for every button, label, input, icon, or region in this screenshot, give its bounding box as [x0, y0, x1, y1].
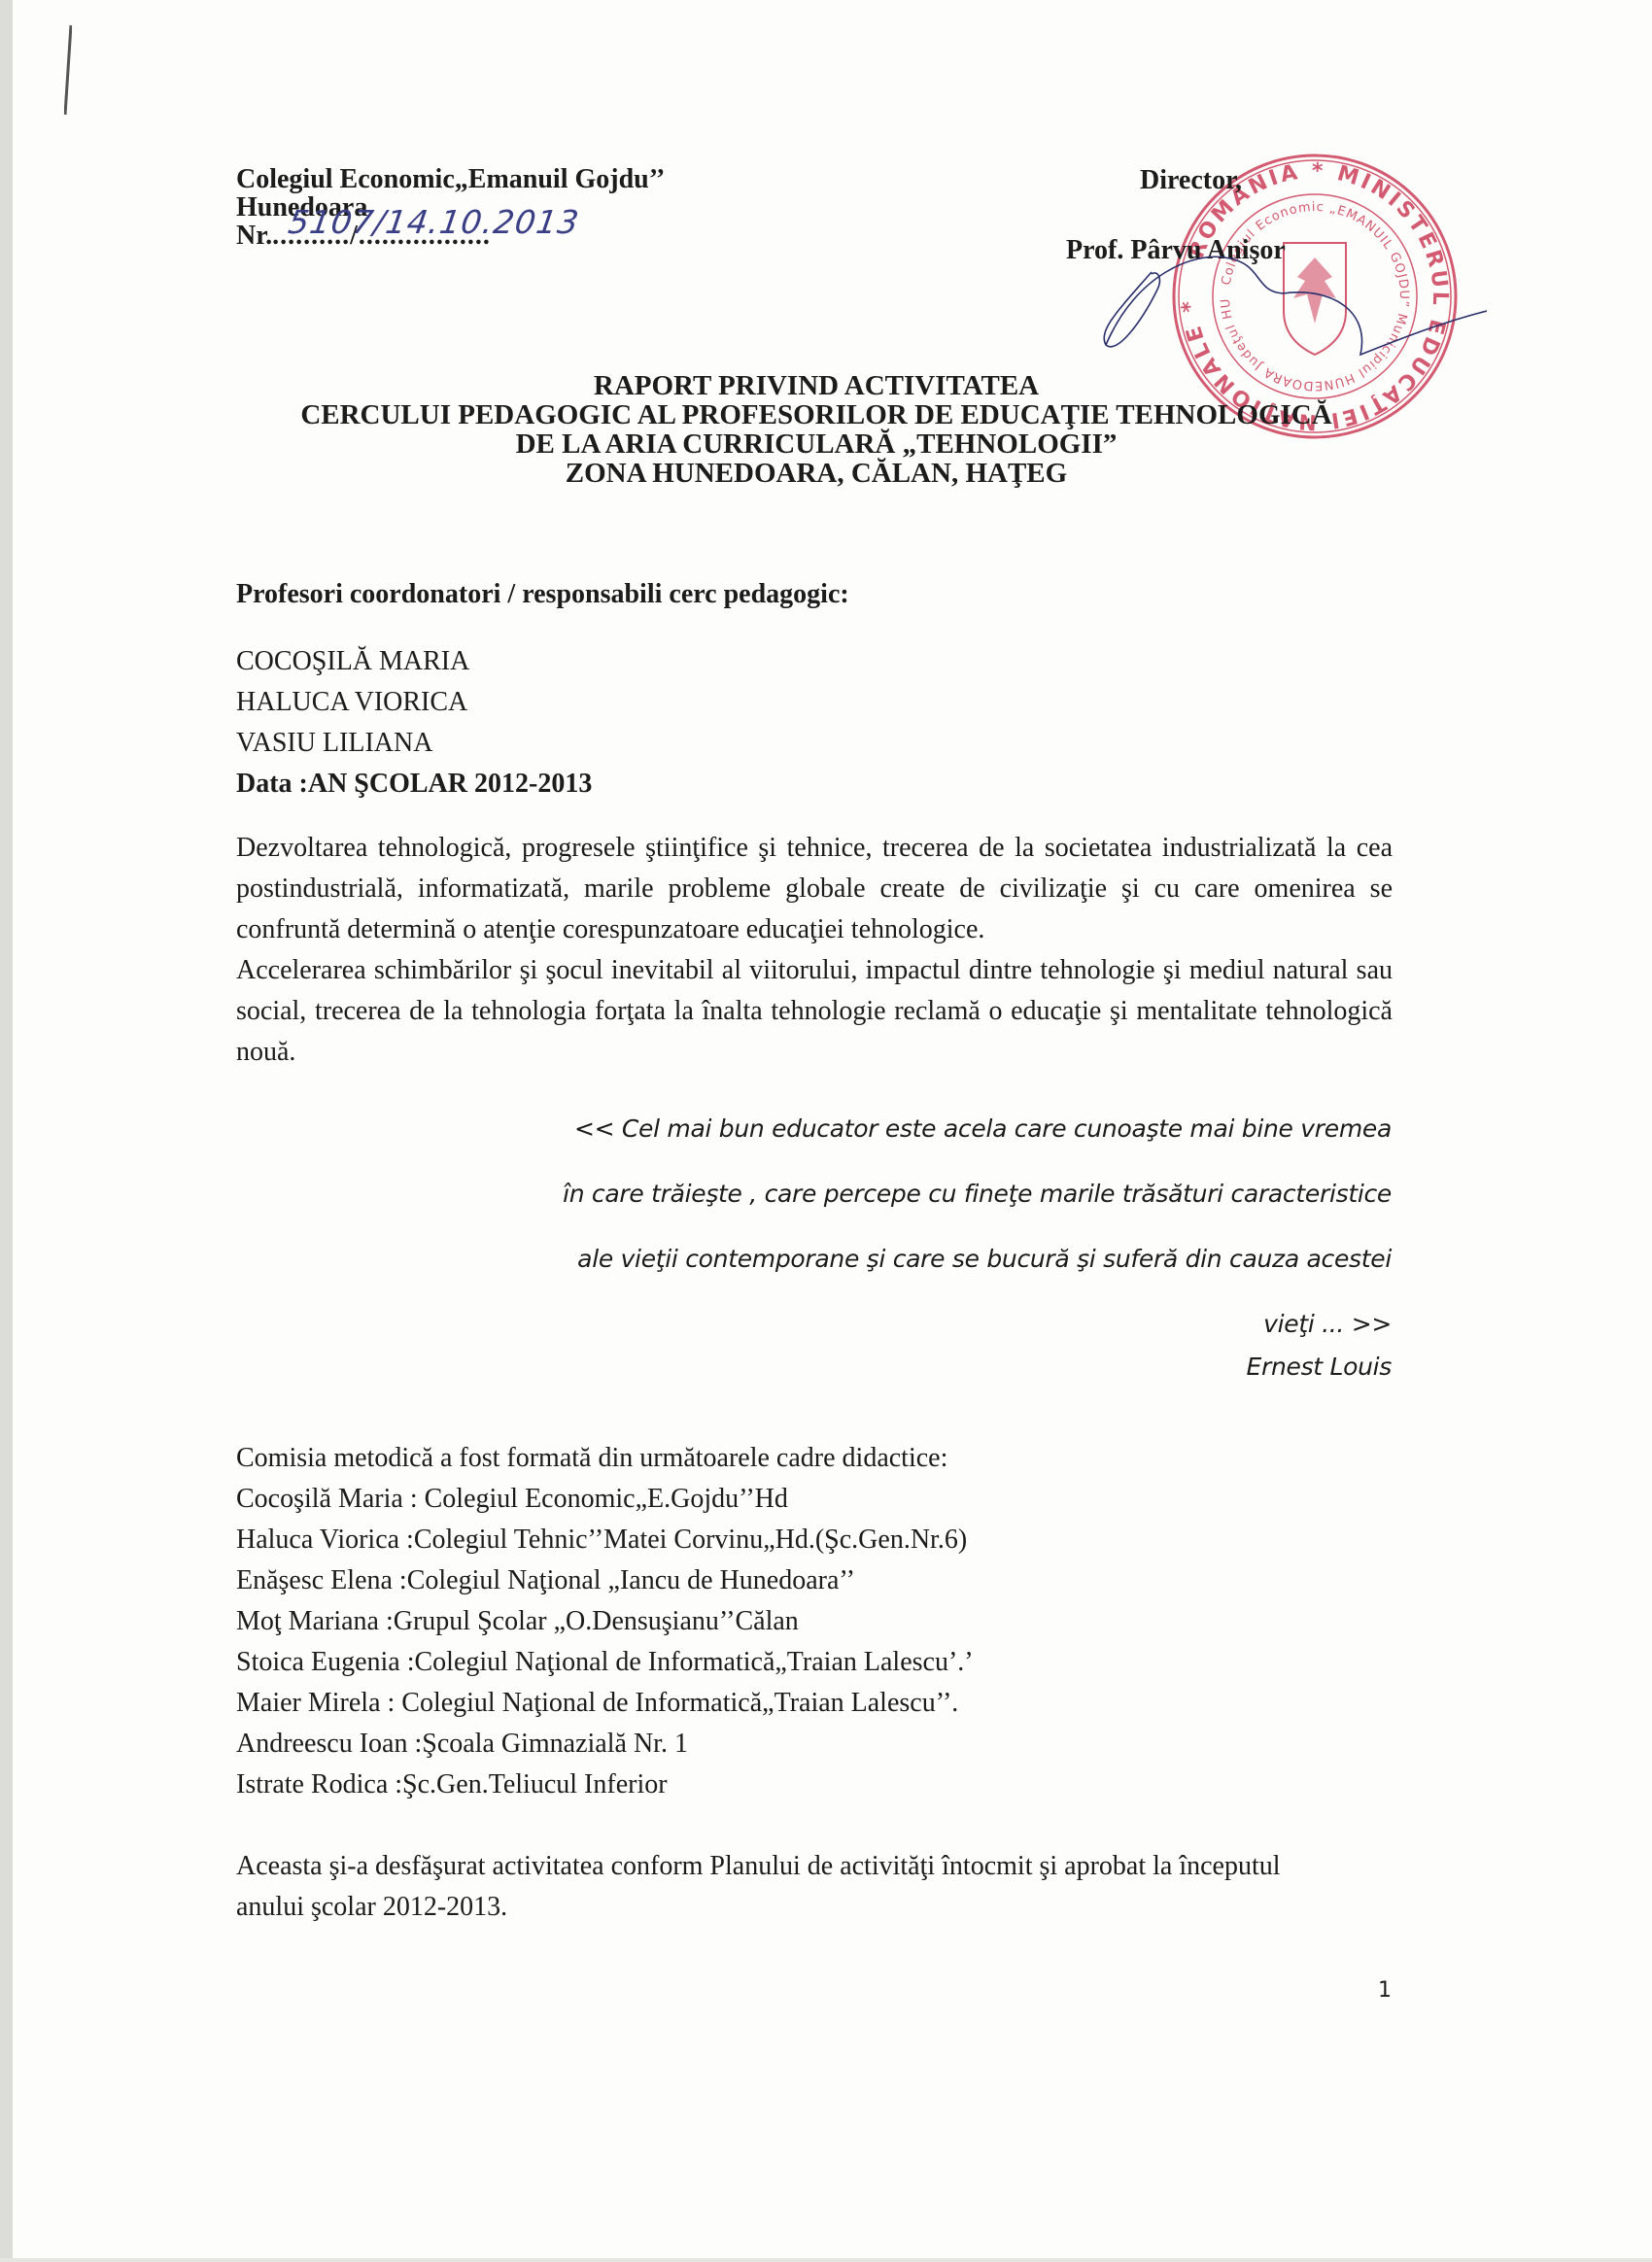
committee-member: Maier Mirela : Colegiul Naţional de Info…	[236, 1683, 974, 1724]
committee-intro: Comisia metodică a fost formată din urmă…	[236, 1438, 974, 1479]
quote-line: vieţi ... >>	[420, 1305, 1392, 1348]
institution-header: Colegiul Economic„Emanuil Gojdu’’ Hunedo…	[236, 165, 665, 250]
title-line-1: RAPORT PRIVIND ACTIVITATEA	[233, 371, 1399, 400]
coordinators-list: COCOŞILĂ MARIA HALUCA VIORICA VASIU LILI…	[236, 641, 592, 805]
page-number: 1	[1378, 1978, 1392, 2003]
title-line-4: ZONA HUNEDOARA, CĂLAN, HAŢEG	[233, 459, 1399, 488]
coordinators-label: Profesori coordonatori / responsabili ce…	[236, 579, 849, 610]
committee-section: Comisia metodică a fost formată din urmă…	[236, 1438, 974, 1805]
committee-member: Enăşesc Elena :Colegiul Naţional „Iancu …	[236, 1560, 974, 1601]
title-line-2: CERCULUI PEDAGOGIC AL PROFESORILOR DE ED…	[233, 400, 1399, 429]
quote-line: << Cel mai bun educator este acela care …	[420, 1110, 1392, 1175]
committee-member: Stoica Eugenia :Colegiul Naţional de Inf…	[236, 1642, 974, 1683]
pen-mark	[64, 23, 72, 117]
committee-member: Istrate Rodica :Şc.Gen.Teliucul Inferior	[236, 1765, 974, 1805]
institution-name: Colegiul Economic„Emanuil Gojdu’’	[236, 165, 665, 193]
coordinator-name: COCOŞILĂ MARIA	[236, 641, 592, 682]
paragraph: Accelerarea schimbărilor şi şocul inevit…	[236, 950, 1393, 1073]
quote-line: în care trăieşte , care percepe cu fineţ…	[420, 1175, 1392, 1240]
school-year: Data :AN ŞCOLAR 2012-2013	[236, 764, 592, 805]
committee-member: Moţ Mariana :Grupul Şcolar „O.Densuşianu…	[236, 1601, 974, 1642]
director-title: Director,	[1140, 165, 1242, 196]
quote-block: << Cel mai bun educator este acela care …	[420, 1110, 1392, 1390]
report-title: RAPORT PRIVIND ACTIVITATEA CERCULUI PEDA…	[233, 371, 1399, 488]
committee-member: Haluca Viorica :Colegiul Tehnic’’Matei C…	[236, 1520, 974, 1560]
registration-handwritten: 5107/14.10.2013	[287, 208, 581, 236]
scan-edge-bottom	[0, 2258, 1652, 2262]
scan-edge	[0, 0, 13, 2262]
coordinator-name: VASIU LILIANA	[236, 723, 592, 764]
paragraph: Dezvoltarea tehnologică, progresele ştii…	[236, 828, 1393, 950]
introduction: Dezvoltarea tehnologică, progresele ştii…	[236, 828, 1393, 1073]
committee-member: Andreescu Ioan :Şcoala Gimnazială Nr. 1	[236, 1724, 974, 1765]
title-line-3: DE LA ARIA CURRICULARĂ „TEHNOLOGII”	[233, 429, 1399, 459]
registration-prefix: Nr.	[236, 221, 272, 251]
committee-member: Cocoşilă Maria : Colegiul Economic„E.Goj…	[236, 1479, 974, 1520]
registration-number: Nr.........../................. 5107/14.…	[236, 222, 665, 250]
coordinator-name: HALUCA VIORICA	[236, 682, 592, 723]
director-signature	[1059, 233, 1487, 360]
quote-line: ale vieţii contemporane şi care se bucur…	[420, 1240, 1392, 1305]
closing-paragraph: Aceasta şi-a desfăşurat activitatea conf…	[236, 1846, 1334, 1928]
quote-author: Ernest Louis	[420, 1348, 1392, 1390]
